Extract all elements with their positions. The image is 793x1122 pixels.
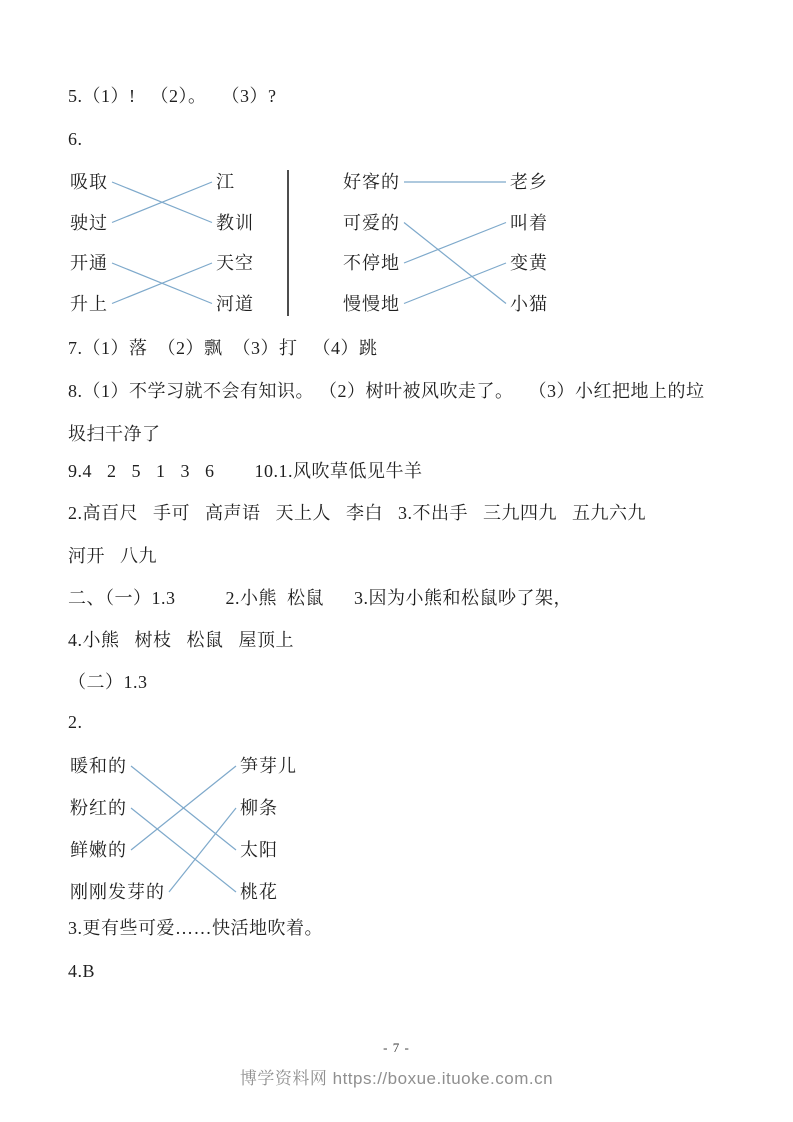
page-number: - 7 - — [0, 1040, 793, 1056]
match-word-left: 粉红的 — [70, 798, 127, 818]
watermark-link[interactable]: 博学资料网 https://boxue.ituoke.com.cn — [0, 1064, 793, 1089]
match-word-left: 好客的 — [343, 172, 400, 192]
answer-q8-line1: 8.（1）不学习就不会有知识。 （2）树叶被风吹走了。 （3）小红把地上的垃 — [68, 381, 705, 401]
match-word-left: 鲜嫩的 — [70, 840, 127, 860]
match-word-right: 柳条 — [240, 798, 278, 818]
match-word-right: 变黄 — [510, 253, 548, 273]
match-word-left: 吸取 — [70, 172, 108, 192]
answer-part2-1-4: 4.小熊 树枝 松鼠 屋顶上 — [68, 630, 294, 650]
match-word-right: 小猫 — [510, 294, 548, 314]
match-word-left: 开通 — [70, 253, 108, 273]
match-word-left: 刚刚发芽的 — [70, 882, 165, 902]
answer-q8-line2: 圾扫干净了 — [68, 424, 161, 444]
answer-q7: 7.（1）落 （2）飘 （3）打 （4）跳 — [68, 338, 378, 358]
match-word-right: 太阳 — [240, 840, 278, 860]
answer-sheet-page: 5.（1）! （2）。 （3）? 6. 吸取驶过开通升上江教训天空河道 好客的可… — [0, 0, 793, 1122]
answer-q10-3-cont: 河开 八九 — [68, 546, 157, 566]
answer-q9-q10: 9.4 2 5 1 3 6 10.1.风吹草低见牛羊 — [68, 461, 423, 481]
match-line — [169, 808, 236, 892]
answer-part2-2: （二）1.3 — [68, 672, 148, 692]
answer-q10-2-3: 2.高百尺 手可 高声语 天上人 李白 3.不出手 三九四九 五九六九 — [68, 503, 646, 523]
column-divider — [287, 170, 289, 316]
match-word-right: 桃花 — [240, 882, 278, 902]
answer-part2-2-q4: 4.B — [68, 961, 95, 981]
match-line — [131, 808, 236, 892]
match-word-left: 可爱的 — [343, 213, 400, 233]
matching-block1-right-group: 好客的可爱的不停地慢慢地老乡叫着变黄小猫 — [343, 172, 553, 322]
match-word-right: 教训 — [216, 213, 254, 233]
match-word-right: 天空 — [216, 253, 254, 273]
matching-block2-group: 暖和的粉红的鲜嫩的刚刚发芽的笋芽儿柳条太阳桃花 — [70, 756, 310, 908]
match-word-right: 河道 — [216, 294, 254, 314]
match-word-left: 不停地 — [343, 253, 400, 273]
answer-part2-2-q2: 2. — [68, 712, 83, 732]
match-word-left: 慢慢地 — [343, 294, 400, 314]
answer-part2-2-q3: 3.更有些可爱……快活地吹着。 — [68, 918, 323, 938]
match-line — [404, 223, 506, 264]
answer-part2-1: 二、（一）1.3 2.小熊 松鼠 3.因为小熊和松鼠吵了架， — [68, 588, 572, 608]
match-line — [404, 223, 506, 304]
match-word-left: 升上 — [70, 294, 108, 314]
matching-block1-left-group: 吸取驶过开通升上江教训天空河道 — [68, 172, 296, 322]
match-word-right: 江 — [216, 172, 235, 192]
answer-q6-label: 6. — [68, 129, 83, 149]
answer-q5: 5.（1）! （2）。 （3）? — [68, 86, 276, 106]
match-word-left: 驶过 — [70, 213, 108, 233]
match-word-right: 笋芽儿 — [240, 756, 297, 776]
match-word-right: 叫着 — [510, 213, 548, 233]
match-word-left: 暖和的 — [70, 756, 127, 776]
match-line — [404, 263, 506, 304]
match-word-right: 老乡 — [510, 172, 548, 192]
